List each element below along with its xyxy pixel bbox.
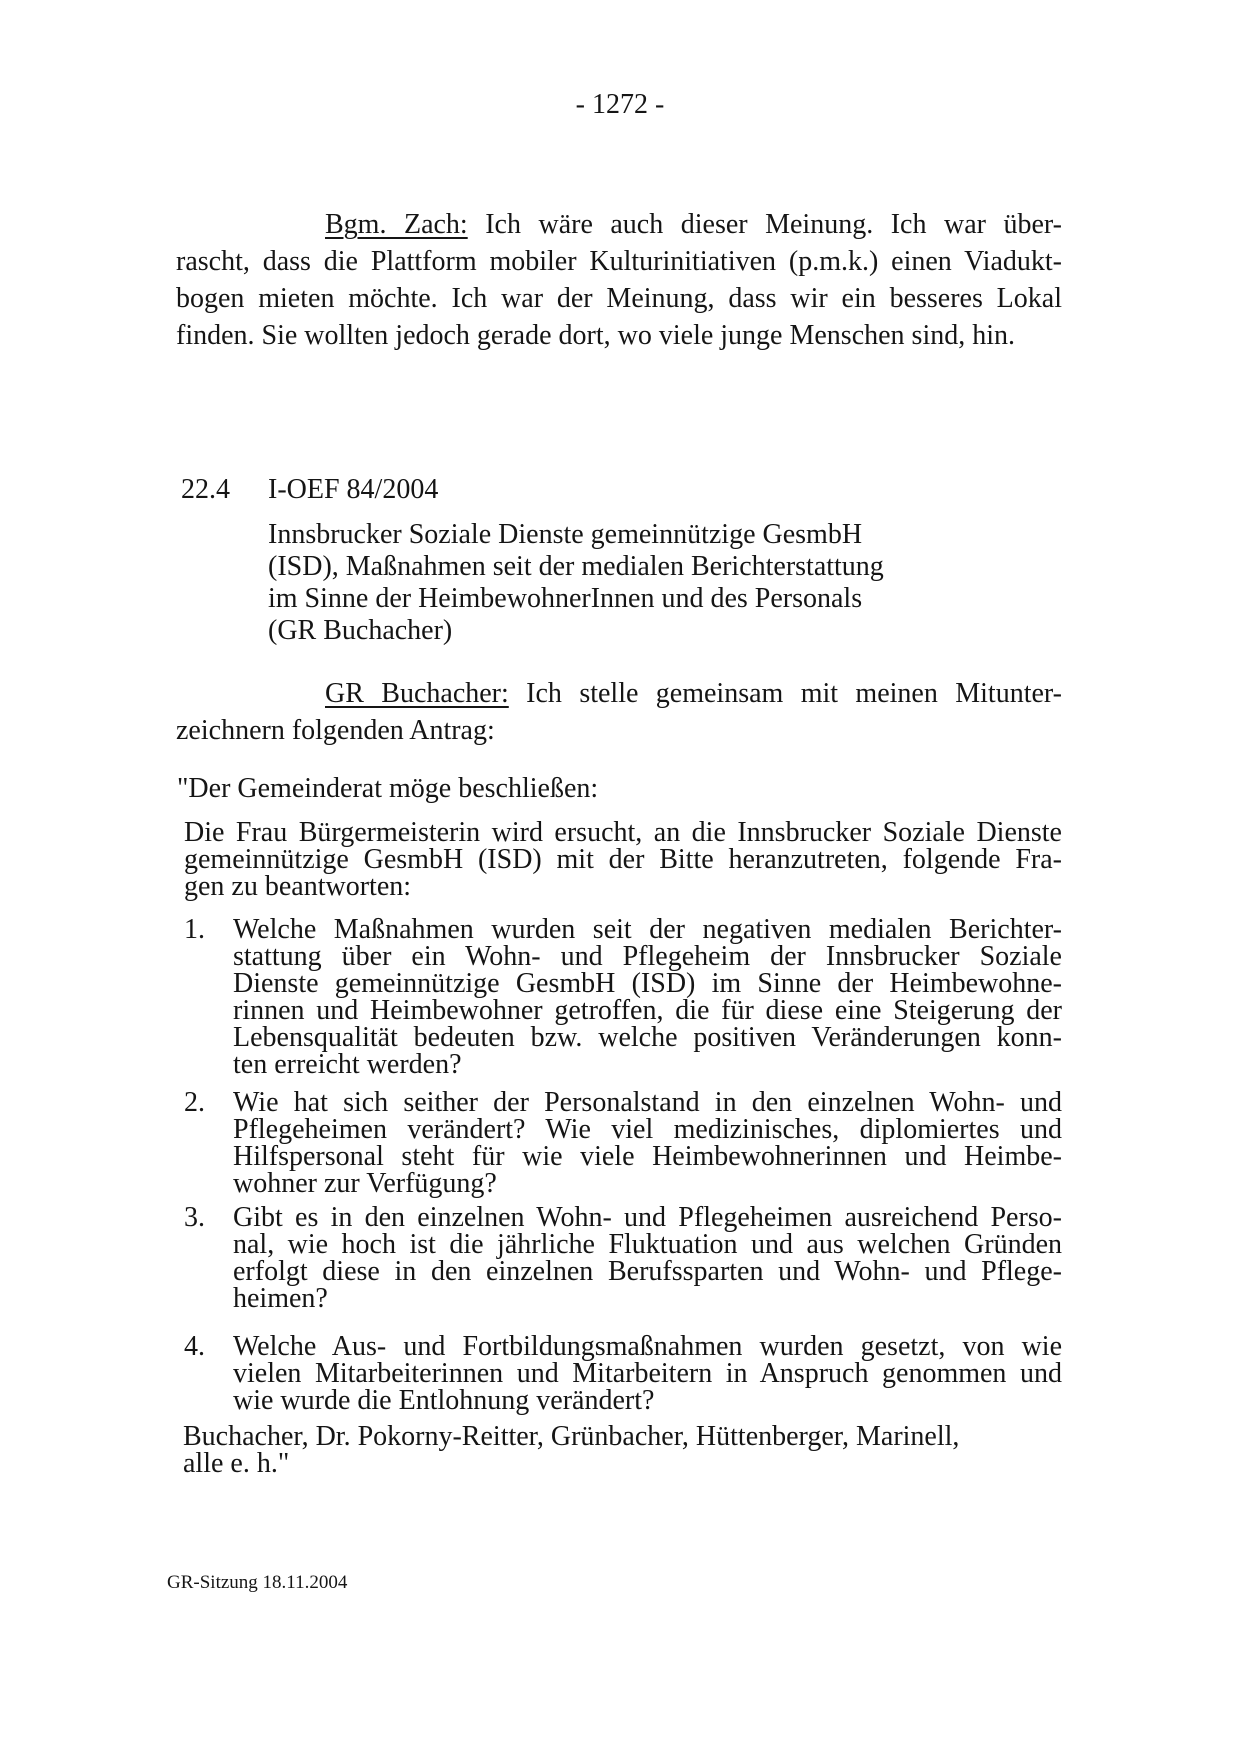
text-line: erfolgt diese in den einzelnen Berufsspa… <box>233 1258 1062 1285</box>
text-line: Hilfspersonal steht für wie viele Heimbe… <box>233 1143 1062 1170</box>
text-line: finden. Sie wollten jedoch gerade dort, … <box>176 317 1062 354</box>
text-line: im Sinne der HeimbewohnerInnen und des P… <box>268 583 978 615</box>
text-line: Pflegeheimen verändert? Wie viel medizin… <box>233 1116 1062 1143</box>
text-line: Welche Maßnahmen wurden seit der negativ… <box>233 916 1062 943</box>
section-heading: 22.4 I-OEF 84/2004 <box>181 475 438 505</box>
question-item-1: 1. Welche Maßnahmen wurden seit der nega… <box>184 916 1062 1078</box>
section-number: 22.4 <box>181 475 268 505</box>
text-line: wie wurde die Entlohnung verändert? <box>233 1387 1062 1414</box>
text-line: heimen? <box>233 1285 1062 1312</box>
question-number-4: 4. <box>184 1333 233 1414</box>
motion-intro: "Der Gemeinderat möge beschließen: <box>177 774 1063 804</box>
section-subtitle: Innsbrucker Soziale Dienste gemeinnützig… <box>268 519 978 647</box>
question-number-2: 2. <box>184 1089 233 1197</box>
text-line: gemeinnützige GesmbH (ISD) mit der Bitte… <box>184 846 1062 873</box>
text-line: alle e. h." <box>183 1450 1061 1477</box>
question-item-2: 2. Wie hat sich seither der Personalstan… <box>184 1089 1062 1197</box>
text-line: Innsbrucker Soziale Dienste gemeinnützig… <box>268 519 978 551</box>
text-line: stattung über ein Wohn- und Pflegeheim d… <box>233 943 1062 970</box>
page-number: - 1272 - <box>0 90 1240 120</box>
text-line: (GR Buchacher) <box>268 615 978 647</box>
question-item-4: 4. Welche Aus- und Fortbildungsmaßnahmen… <box>184 1333 1062 1414</box>
text-line: (ISD), Maßnahmen seit der medialen Beric… <box>268 551 978 583</box>
text-line: Lebensqualität bedeuten bzw. welche posi… <box>233 1024 1062 1051</box>
document-page: - 1272 - Bgm. Zach: Ich wäre auch dieser… <box>0 0 1240 1755</box>
question-number-1: 1. <box>184 916 233 1078</box>
text-line: wohner zur Verfügung? <box>233 1170 1062 1197</box>
signature-block: Buchacher, Dr. Pokorny-Reitter, Grünbach… <box>183 1423 1061 1477</box>
text-line: nal, wie hoch ist die jährliche Fluktuat… <box>233 1231 1062 1258</box>
text-line: Die Frau Bürgermeisterin wird ersucht, a… <box>184 819 1062 846</box>
text-line: zeichnern folgenden Antrag: <box>176 712 1062 749</box>
speaker-name: Bgm. Zach: <box>325 209 468 240</box>
text-line: GR Buchacher: Ich stelle gemeinsam mit m… <box>176 675 1062 712</box>
text-line: rinnen und Heimbewohner getroffen, die f… <box>233 997 1062 1024</box>
question-text-4: Welche Aus- und Fortbildungsmaßnahmen wu… <box>233 1333 1062 1414</box>
text-line: gen zu beantworten: <box>184 873 1062 900</box>
question-text-3: Gibt es in den einzelnen Wohn- und Pfleg… <box>233 1204 1062 1312</box>
paragraph-bgm-zach: Bgm. Zach: Ich wäre auch dieser Meinung.… <box>176 206 1062 354</box>
text-line: Wie hat sich seither der Personalstand i… <box>233 1089 1062 1116</box>
text-line: Welche Aus- und Fortbildungsmaßnahmen wu… <box>233 1333 1062 1360</box>
paragraph-gr-buchacher: GR Buchacher: Ich stelle gemeinsam mit m… <box>176 675 1062 749</box>
motion-request-paragraph: Die Frau Bürgermeisterin wird ersucht, a… <box>184 819 1062 900</box>
speaker-name: GR Buchacher: <box>325 678 509 709</box>
question-number-3: 3. <box>184 1204 233 1312</box>
text-line: bogen mieten möchte. Ich war der Meinung… <box>176 280 1062 317</box>
text-line: vielen Mitarbeiterinnen und Mitarbeitern… <box>233 1360 1062 1387</box>
text-line: Bgm. Zach: Ich wäre auch dieser Meinung.… <box>176 206 1062 243</box>
text-line: ten erreicht werden? <box>233 1051 1062 1078</box>
question-item-3: 3. Gibt es in den einzelnen Wohn- und Pf… <box>184 1204 1062 1312</box>
section-code: I-OEF 84/2004 <box>268 475 438 505</box>
text-line: Dienste gemeinnützige GesmbH (ISD) im Si… <box>233 970 1062 997</box>
question-text-2: Wie hat sich seither der Personalstand i… <box>233 1089 1062 1197</box>
text-line: rascht, dass die Plattform mobiler Kultu… <box>176 243 1062 280</box>
page-footer: GR-Sitzung 18.11.2004 <box>167 1571 347 1595</box>
question-text-1: Welche Maßnahmen wurden seit der negativ… <box>233 916 1062 1078</box>
text-line: Buchacher, Dr. Pokorny-Reitter, Grünbach… <box>183 1423 1061 1450</box>
text-line: Gibt es in den einzelnen Wohn- und Pfleg… <box>233 1204 1062 1231</box>
